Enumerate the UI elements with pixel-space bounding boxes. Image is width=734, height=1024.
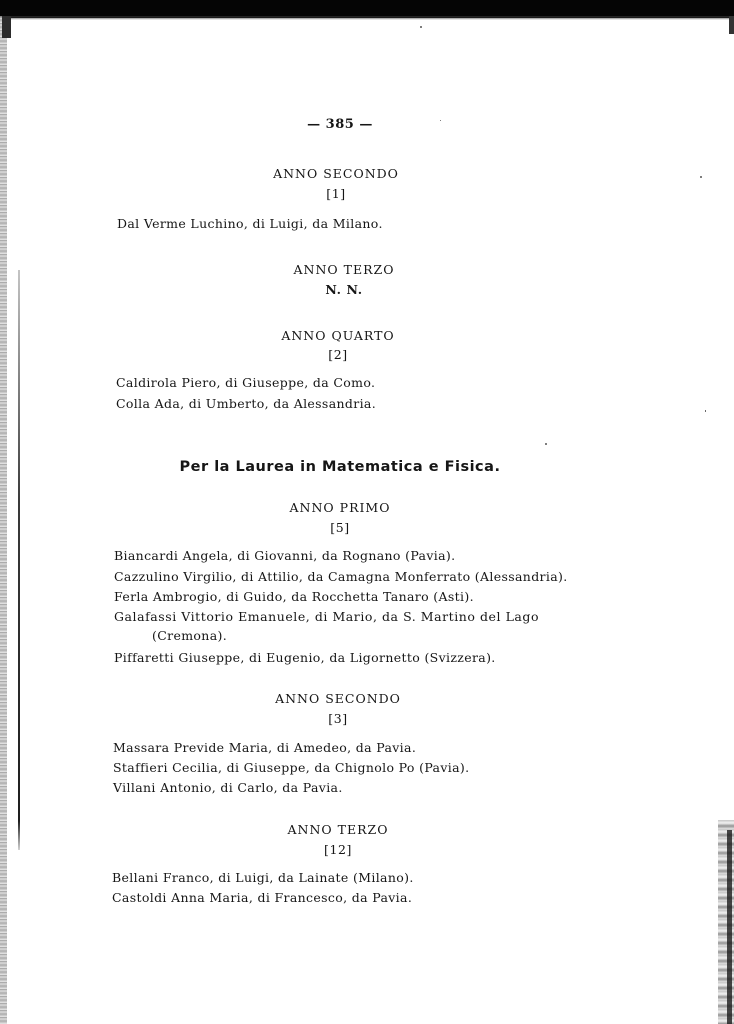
year-heading: ANNO TERZO [8,262,680,277]
student-entry: Piffaretti Giuseppe, di Eugenio, da Ligo… [114,650,496,665]
student-entry: Cazzulino Virgilio, di Attilio, da Camag… [114,569,568,584]
document-page: — 385 — ANNO SECONDO [1] Dal Verme Luchi… [0,0,734,1024]
student-entry: Biancardi Angela, di Giovanni, da Rognan… [114,548,455,563]
student-entry: Bellani Franco, di Luigi, da Lainate (Mi… [112,870,414,885]
student-count: [3] [2,711,674,726]
student-entry: Dal Verme Luchino, di Luigi, da Milano. [117,216,383,231]
year-heading: ANNO SECONDO [0,166,672,181]
student-count: [5] [4,520,676,535]
student-entry: Castoldi Anna Maria, di Francesco, da Pa… [112,890,412,905]
scan-speck [440,120,441,121]
scan-speck [420,26,422,28]
student-entry: Colla Ada, di Umberto, da Alessandria. [116,396,376,411]
year-heading: ANNO QUARTO [2,328,674,343]
scan-speck [545,443,547,445]
student-entry: Ferla Ambrogio, di Guido, da Rocchetta T… [114,589,474,604]
scan-speck [705,410,706,412]
scan-speck [700,176,702,178]
degree-section-title: Per la Laurea in Matematica e Fisica. [4,459,676,475]
student-entry: Massara Previde Maria, di Amedeo, da Pav… [113,740,416,755]
student-count: [12] [2,842,674,857]
year-heading: ANNO SECONDO [2,691,674,706]
student-entry: Staffieri Cecilia, di Giuseppe, da Chign… [113,760,469,775]
student-count: [2] [2,347,674,362]
student-count: N. N. [8,282,680,297]
student-entry: Galafassi Vittorio Emanuele, di Mario, d… [114,609,539,624]
year-heading: ANNO TERZO [2,822,674,837]
page-number: — 385 — [0,117,680,132]
student-entry: Villani Antonio, di Carlo, da Pavia. [113,780,343,795]
student-entry-continuation: (Cremona). [152,628,227,643]
year-heading: ANNO PRIMO [4,500,676,515]
student-count: [1] [0,186,672,201]
student-entry: Caldirola Piero, di Giuseppe, da Como. [116,375,375,390]
